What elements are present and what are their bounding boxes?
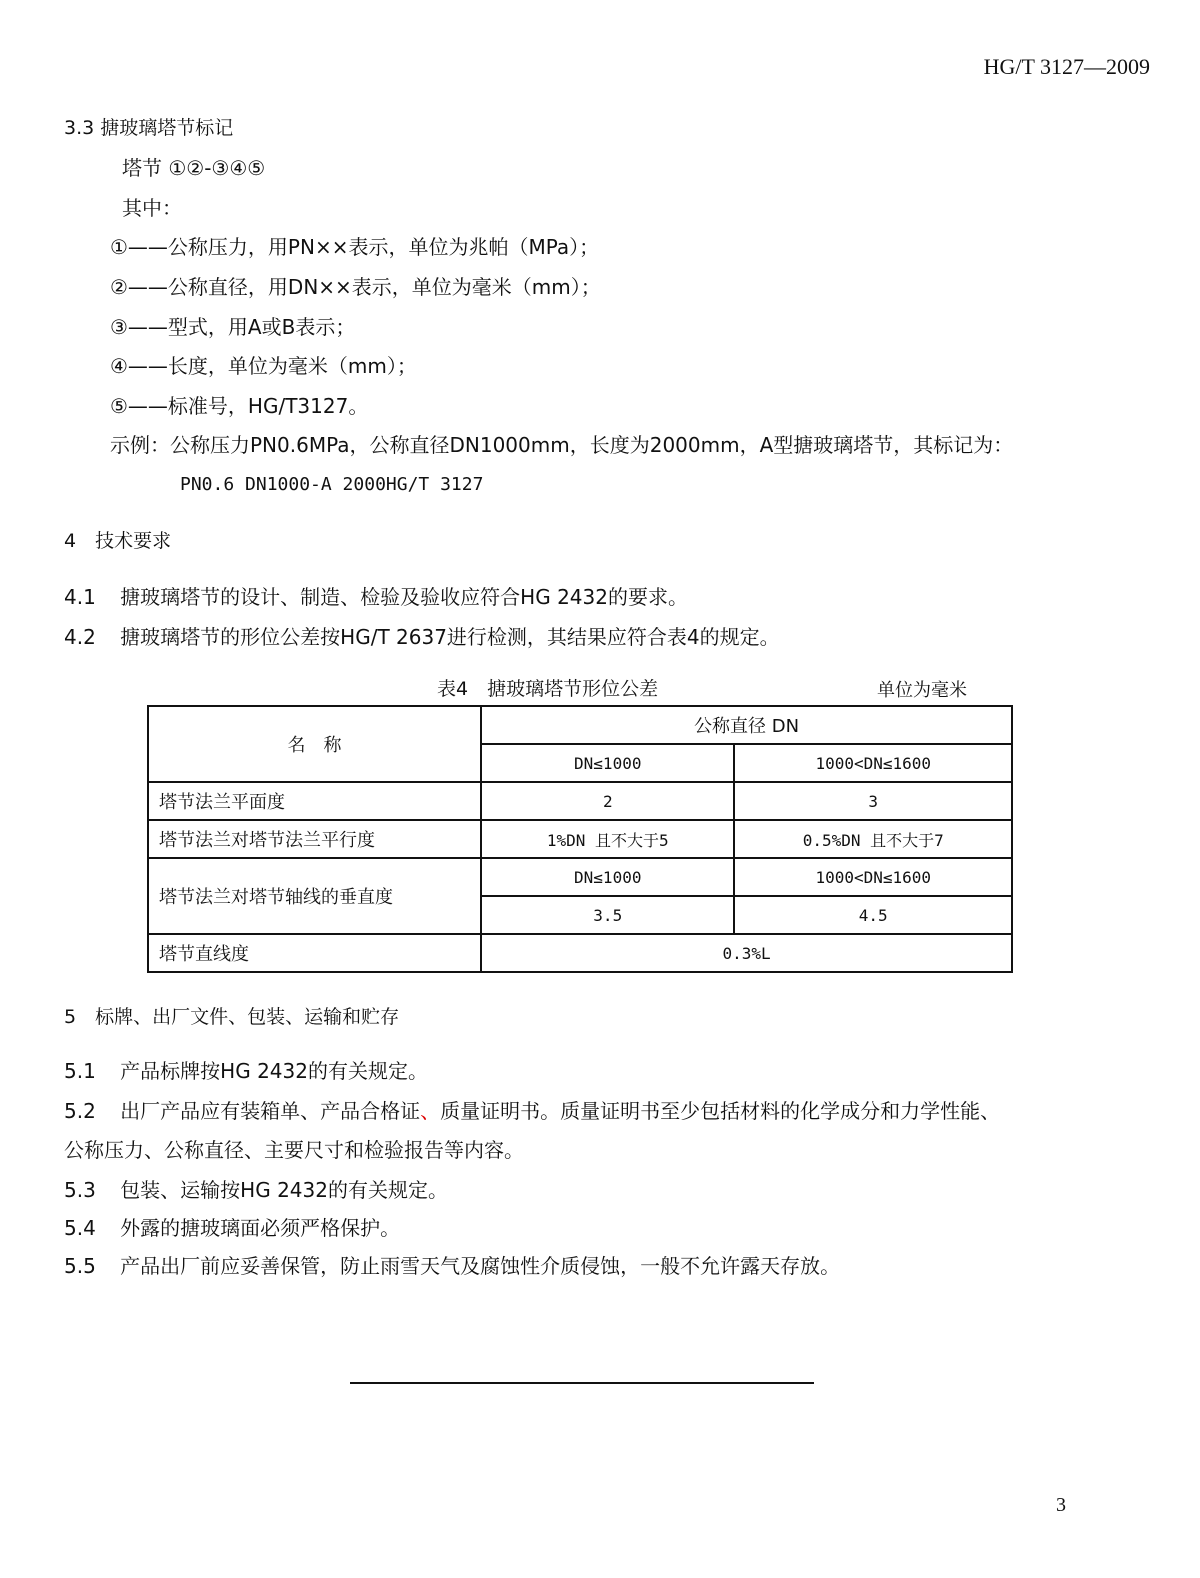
clause-number: 5.5 (64, 1254, 96, 1278)
tolerance-table: 名 称 公称直径 DN DN≤1000 1000<DN≤1600 塔节法兰平面度… (147, 705, 1013, 973)
clause-5-2-cont: 公称压力、公称直径、主要尺寸和检验报告等内容。 (64, 1138, 524, 1162)
clause-text: 外露的搪玻璃面必须严格保护。 (120, 1216, 400, 1240)
clause-number: 5.4 (64, 1216, 96, 1240)
clause-text: 包装、运输按HG 2432的有关规定。 (120, 1178, 448, 1202)
row-value: 3.5 (481, 896, 734, 934)
row-subheader: DN≤1000 (481, 858, 734, 896)
row-name: 塔节直线度 (148, 934, 481, 972)
row-name: 塔节法兰平面度 (148, 782, 481, 820)
clause-text: 出厂产品应有装箱单、产品合格证 (120, 1099, 420, 1123)
page-number: 3 (1056, 1494, 1066, 1517)
row-value: 0.5%DN 且不大于7 (734, 820, 1012, 858)
clause-text: 质量证明书。质量证明书至少包括材料的化学成分和力学性能、 (440, 1099, 1000, 1123)
row-name: 塔节法兰对塔节法兰平行度 (148, 820, 481, 858)
end-divider (350, 1382, 814, 1384)
marking-item-4: ④——长度，单位为毫米（mm）； (110, 354, 417, 378)
table-row: 塔节法兰对塔节轴线的垂直度 DN≤1000 1000<DN≤1600 (148, 858, 1012, 896)
example-mark: PN0.6 DN1000-A 2000HG/T 3127 (180, 473, 483, 497)
clause-number: 5.1 (64, 1059, 96, 1083)
clause-number: 4.2 (64, 625, 96, 649)
row-subheader: 1000<DN≤1600 (734, 858, 1012, 896)
clause-5-5: 5.5 产品出厂前应妥善保管，防止雨雪天气及腐蚀性介质侵蚀，一般不允许露天存放。 (64, 1254, 840, 1278)
clause-5-1: 5.1 产品标牌按HG 2432的有关规定。 (64, 1059, 428, 1083)
row-value: 4.5 (734, 896, 1012, 934)
row-value: 0.3%L (481, 934, 1012, 972)
row-value: 3 (734, 782, 1012, 820)
clause-text: 搪玻璃塔节的形位公差按HG/T 2637进行检测，其结果应符合表4的规定。 (120, 625, 779, 649)
table-caption: 表4 搪玻璃塔节形位公差 (437, 677, 658, 701)
clause-4-2: 4.2 搪玻璃塔节的形位公差按HG/T 2637进行检测，其结果应符合表4的规定… (64, 625, 780, 649)
clause-number: 4.1 (64, 585, 96, 609)
where-label: 其中： (122, 196, 182, 220)
section-4-title: 4 技术要求 (64, 529, 171, 553)
clause-text: 搪玻璃塔节的设计、制造、检验及验收应符合HG 2432的要求。 (120, 585, 688, 609)
marking-item-3: ③——型式，用A或B表示； (110, 315, 355, 339)
header-col2: 1000<DN≤1600 (734, 744, 1012, 782)
clause-5-3: 5.3 包装、运输按HG 2432的有关规定。 (64, 1178, 448, 1202)
clause-text: 产品标牌按HG 2432的有关规定。 (120, 1059, 428, 1083)
standard-code: HG/T 3127—2009 (984, 54, 1150, 80)
marking-item-1: ①——公称压力，用PN××表示，单位为兆帕（MPa）； (110, 235, 599, 259)
header-col1: DN≤1000 (481, 744, 734, 782)
table-row: 塔节法兰平面度 2 3 (148, 782, 1012, 820)
section-5-title: 5 标牌、出厂文件、包装、运输和贮存 (64, 1005, 399, 1029)
header-group: 公称直径 DN (481, 706, 1012, 744)
section-3-3-title: 3.3 搪玻璃塔节标记 (64, 116, 233, 140)
red-mark: 、 (420, 1099, 440, 1123)
clause-4-1: 4.1 搪玻璃塔节的设计、制造、检验及验收应符合HG 2432的要求。 (64, 585, 688, 609)
marking-item-5: ⑤——标准号，HG/T3127。 (110, 394, 368, 418)
header-name: 名 称 (148, 706, 481, 782)
clause-5-4: 5.4 外露的搪玻璃面必须严格保护。 (64, 1216, 400, 1240)
example-text: 示例：公称压力PN0.6MPa，公称直径DN1000mm，长度为2000mm，A… (110, 433, 1013, 457)
table-unit: 单位为毫米 (877, 679, 967, 703)
clause-number: 5.2 (64, 1099, 96, 1123)
row-name: 塔节法兰对塔节轴线的垂直度 (148, 858, 481, 934)
table-row: 塔节直线度 0.3%L (148, 934, 1012, 972)
clause-number: 5.3 (64, 1178, 96, 1202)
marking-item-2: ②——公称直径，用DN××表示，单位为毫米（mm）； (110, 275, 601, 299)
row-value: 1%DN 且不大于5 (481, 820, 734, 858)
marking-format: 塔节 ①②-③④⑤ (122, 156, 265, 180)
table-row: 塔节法兰对塔节法兰平行度 1%DN 且不大于5 0.5%DN 且不大于7 (148, 820, 1012, 858)
row-value: 2 (481, 782, 734, 820)
clause-text: 产品出厂前应妥善保管，防止雨雪天气及腐蚀性介质侵蚀，一般不允许露天存放。 (120, 1254, 840, 1278)
clause-5-2: 5.2 出厂产品应有装箱单、产品合格证、质量证明书。质量证明书至少包括材料的化学… (64, 1099, 1000, 1123)
